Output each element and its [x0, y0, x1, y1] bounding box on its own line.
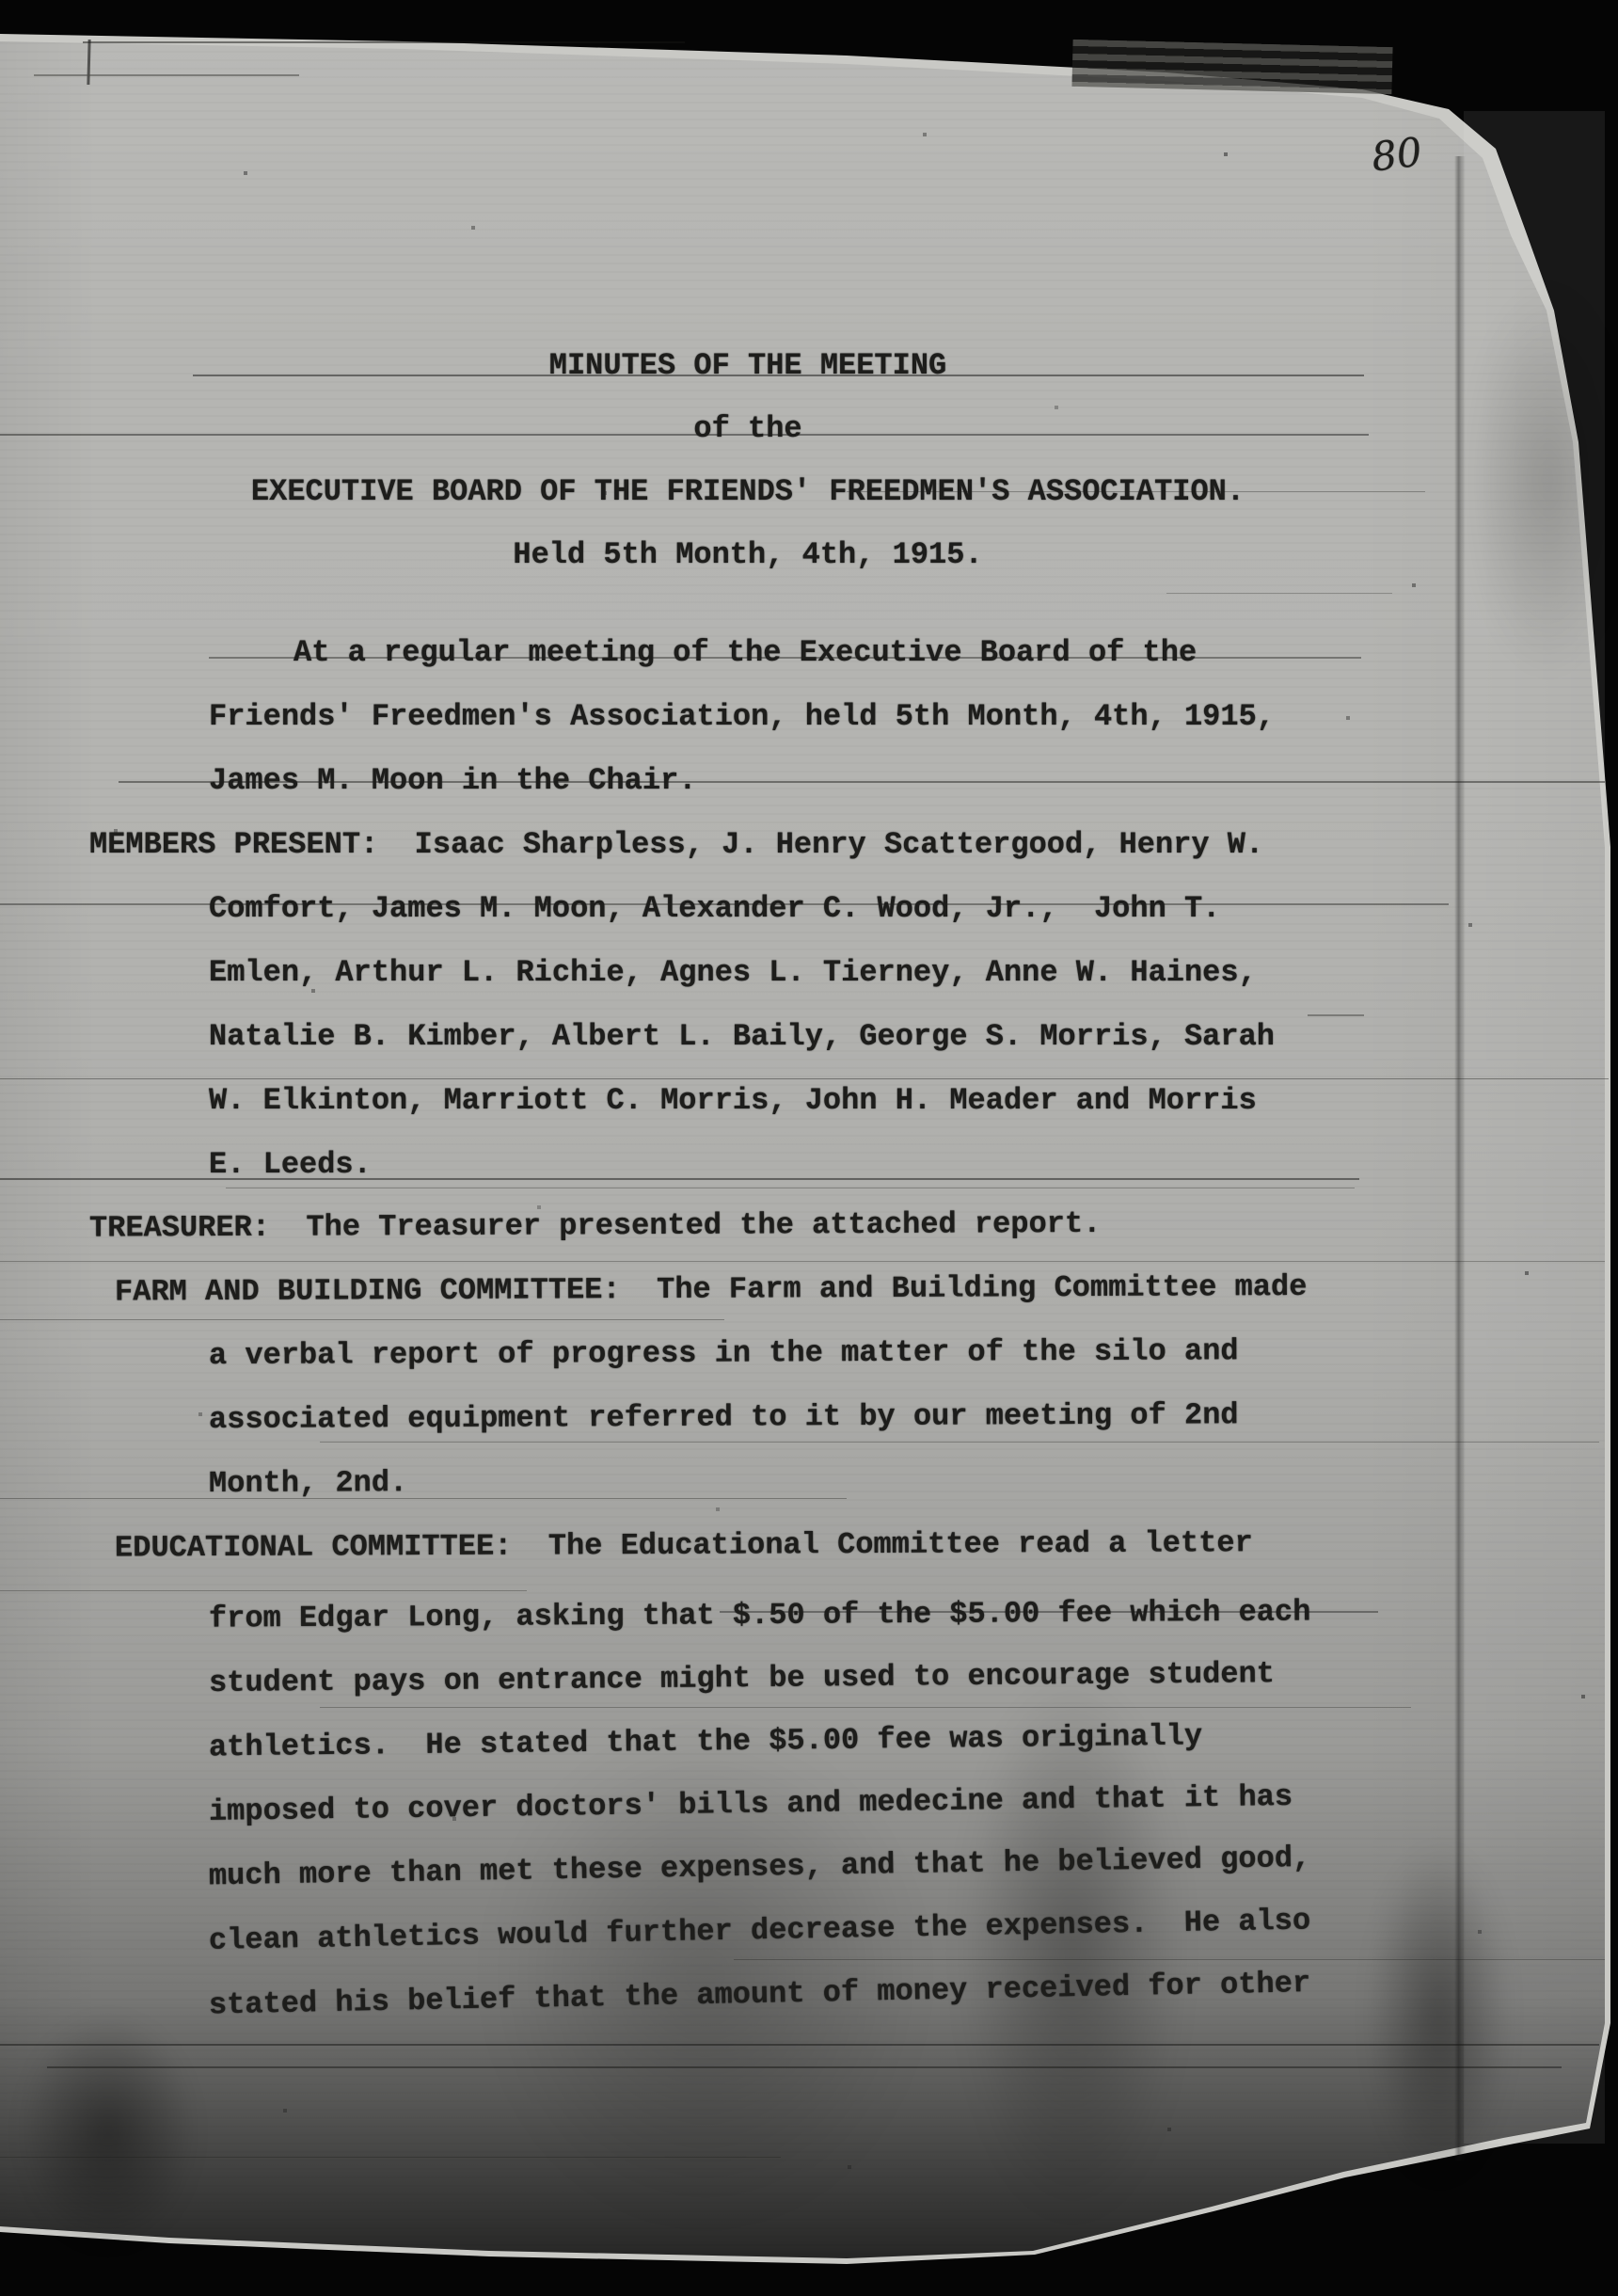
scanned-document-page: 80 MINUTES OF THE MEETINGof theEXECUTIVE…	[0, 0, 1618, 2296]
document-line: E. Leeds.	[0, 1133, 1618, 1197]
stray-mark	[34, 74, 299, 76]
document-line: EXECUTIVE BOARD OF THE FRIENDS' FREEDMEN…	[66, 460, 1430, 523]
document-line: Friends' Freedmen's Association, held 5t…	[0, 685, 1618, 749]
shadow-band	[1467, 282, 1618, 678]
document-body-lower: from Edgar Long, asking that $.50 of the…	[0, 1587, 1618, 2042]
document-line: At a regular meeting of the Executive Bo…	[0, 621, 1618, 685]
document-body-upper: At a regular meeting of the Executive Bo…	[0, 621, 1618, 1581]
dust-specks	[0, 0, 2, 2]
shadow-blob	[19, 2014, 198, 2249]
document-line: associated equipment referred to it by o…	[0, 1381, 1618, 1453]
document-line: Comfort, James M. Moon, Alexander C. Woo…	[0, 877, 1618, 941]
document-line: MEMBERS PRESENT: Isaac Sharpless, J. Hen…	[0, 813, 1618, 877]
scratch-line	[47, 2066, 1562, 2068]
scratch-line	[0, 2044, 1599, 2046]
document-line: W. Elkinton, Marriott C. Morris, John H.…	[0, 1069, 1618, 1133]
document-line: Held 5th Month, 4th, 1915.	[66, 523, 1430, 586]
document-line: James M. Moon in the Chair.	[0, 749, 1618, 813]
handwritten-page-number: 80	[1369, 125, 1449, 181]
document-line: Natalie B. Kimber, Albert L. Baily, Geor…	[0, 1005, 1618, 1069]
document-line: of the	[66, 397, 1430, 460]
document-line: a verbal report of progress in the matte…	[0, 1317, 1618, 1389]
document-line: MINUTES OF THE MEETING	[66, 334, 1430, 397]
scratch-line	[0, 2157, 781, 2158]
document-line: TREASURER: The Treasurer presented the a…	[0, 1189, 1618, 1261]
scratch-line	[1166, 593, 1392, 594]
document-line: EDUCATIONAL COMMITTEE: The Educational C…	[0, 1509, 1618, 1581]
document-title-block: MINUTES OF THE MEETINGof theEXECUTIVE BO…	[66, 334, 1430, 586]
page-stack-edges	[1071, 40, 1392, 94]
document-line: Month, 2nd.	[0, 1445, 1618, 1517]
scratch-line	[83, 41, 685, 43]
document-line: Emlen, Arthur L. Richie, Agnes L. Tierne…	[0, 941, 1618, 1005]
document-line: FARM AND BUILDING COMMITTEE: The Farm an…	[0, 1253, 1618, 1325]
